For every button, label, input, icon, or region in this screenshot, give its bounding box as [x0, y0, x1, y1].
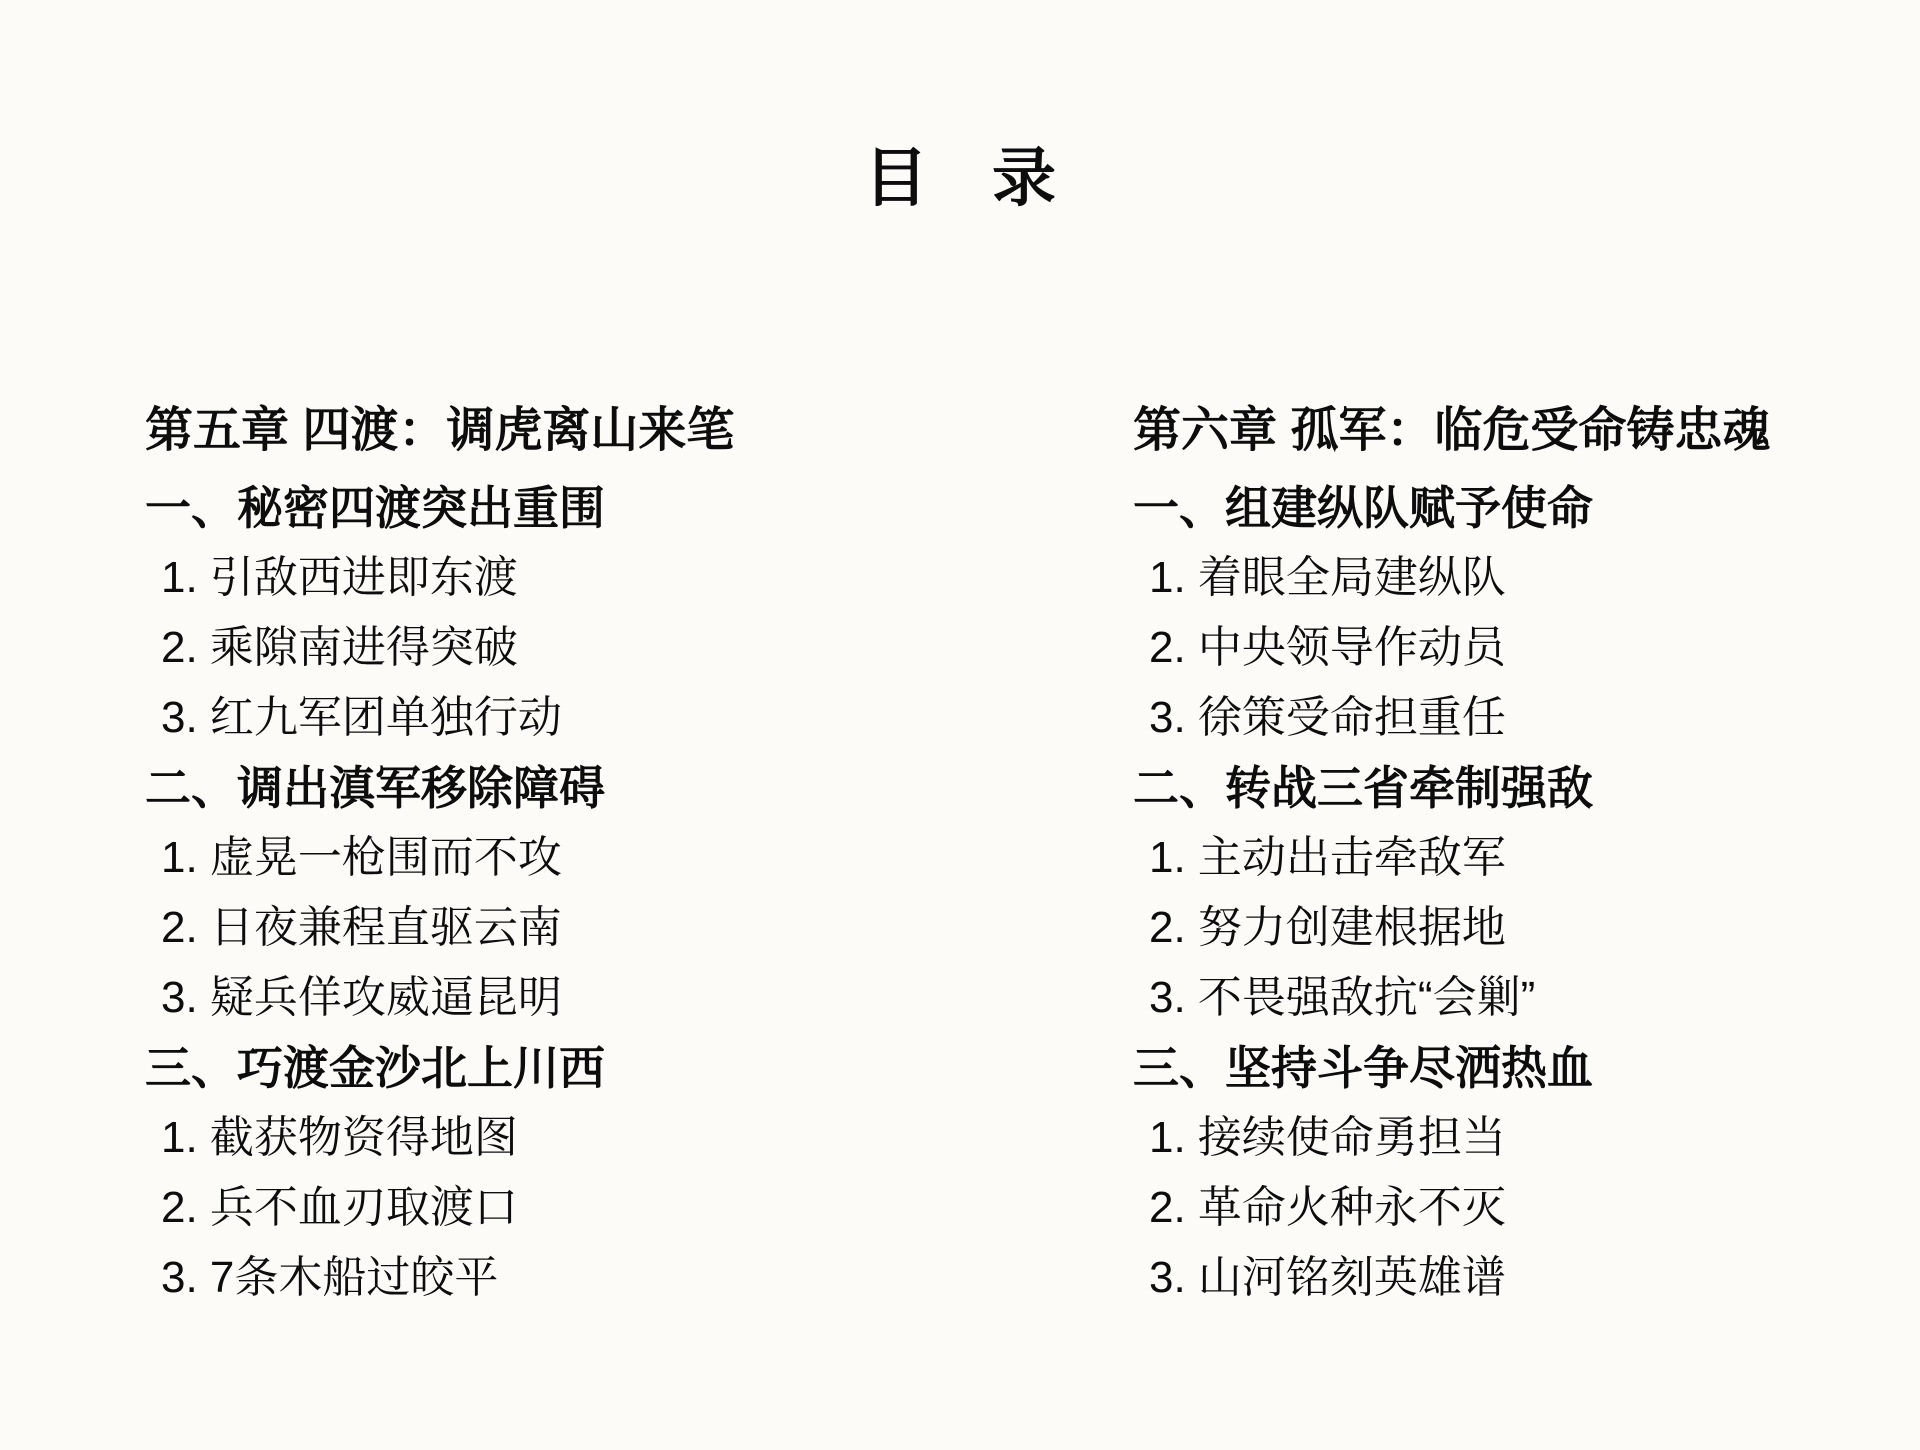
toc-entry: 1. 引敌西进即东渡: [145, 543, 885, 613]
toc-entry: 2. 中央领导作动员: [1133, 613, 1873, 683]
chapter-heading: 第六章 孤军：临危受命铸忠魂: [1133, 405, 1873, 457]
toc-entry: 3. 不畏强敌抗“会剿”: [1133, 963, 1873, 1033]
toc-entry: 1. 截获物资得地图: [145, 1103, 885, 1173]
toc-page: { "page": { "background_color": "#fcfbf8…: [0, 0, 1920, 1450]
toc-entry: 3. 7条木船过皎平: [145, 1243, 885, 1313]
toc-column: 第六章 孤军：临危受命铸忠魂 一、组建纵队赋予使命1. 着眼全局建纵队2. 中央…: [1133, 405, 1873, 1313]
toc-entry: 2. 兵不血刃取渡口: [145, 1173, 885, 1243]
toc-entry: 三、巧渡金沙北上川西: [145, 1033, 885, 1103]
toc-list: 一、秘密四渡突出重围1. 引敌西进即东渡2. 乘隙南进得突破3. 红九军团单独行…: [145, 473, 885, 1313]
toc-entry: 2. 努力创建根据地: [1133, 893, 1873, 963]
toc-entry: 一、组建纵队赋予使命: [1133, 473, 1873, 543]
toc-entry: 3. 红九军团单独行动: [145, 683, 885, 753]
toc-entry: 2. 乘隙南进得突破: [145, 613, 885, 683]
toc-entry: 3. 徐策受命担重任: [1133, 683, 1873, 753]
toc-entry: 三、坚持斗争尽洒热血: [1133, 1033, 1873, 1103]
toc-column: 第五章 四渡：调虎离山来笔 一、秘密四渡突出重围1. 引敌西进即东渡2. 乘隙南…: [145, 405, 885, 1313]
toc-entry: 二、转战三省牵制强敌: [1133, 753, 1873, 823]
toc-entry: 一、秘密四渡突出重围: [145, 473, 885, 543]
toc-entry: 1. 主动出击牵敌军: [1133, 823, 1873, 893]
toc-entry: 3. 疑兵佯攻威逼昆明: [145, 963, 885, 1033]
toc-entry: 1. 接续使命勇担当: [1133, 1103, 1873, 1173]
toc-entry: 2. 日夜兼程直驱云南: [145, 893, 885, 963]
toc-list: 一、组建纵队赋予使命1. 着眼全局建纵队2. 中央领导作动员3. 徐策受命担重任…: [1133, 473, 1873, 1313]
toc-columns: 第五章 四渡：调虎离山来笔 一、秘密四渡突出重围1. 引敌西进即东渡2. 乘隙南…: [0, 0, 1920, 1450]
toc-entry: 1. 着眼全局建纵队: [1133, 543, 1873, 613]
chapter-heading: 第五章 四渡：调虎离山来笔: [145, 405, 885, 457]
toc-entry: 1. 虚晃一枪围而不攻: [145, 823, 885, 893]
toc-entry: 3. 山河铭刻英雄谱: [1133, 1243, 1873, 1313]
toc-entry: 二、调出滇军移除障碍: [145, 753, 885, 823]
toc-entry: 2. 革命火种永不灭: [1133, 1173, 1873, 1243]
